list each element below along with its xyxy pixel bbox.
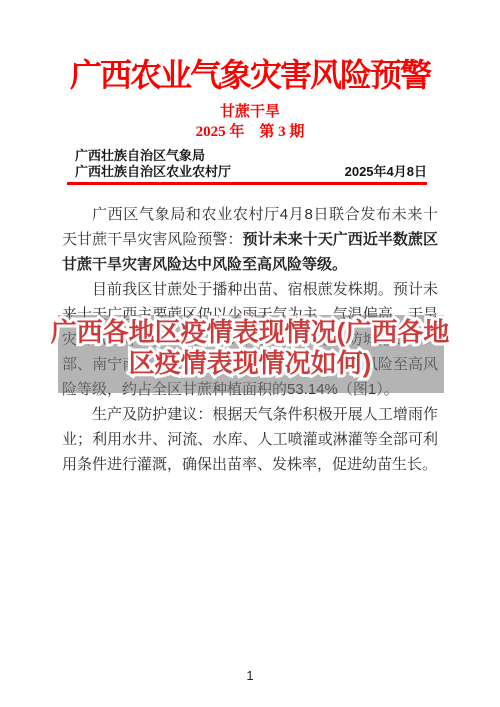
paragraph-1: 广西区气象局和农业农村厅4月8日联合发布未来十天甘蔗干旱灾害风险预警：预计未来十… xyxy=(62,202,438,277)
document-subtitle: 甘蔗干旱 xyxy=(0,104,500,121)
issue-number: 2025 年 第 3 期 xyxy=(0,124,500,141)
watermark-text: 广西各地区疫情表现情况(广西各地区疫情表现情况如何) xyxy=(40,317,460,379)
issue-date: 2025年4月8日 xyxy=(345,164,427,180)
org-name-agriculture-department: 广西壮族自治区农业农村厅 xyxy=(75,164,231,180)
issuing-orgs: 广西壮族自治区气象局 广西壮族自治区农业农村厅 2025年4月8日 xyxy=(75,148,427,179)
red-divider xyxy=(67,182,427,185)
page-number: 1 xyxy=(0,668,500,683)
document-page: 广西农业气象灾害风险预警 甘蔗干旱 2025 年 第 3 期 广西壮族自治区气象… xyxy=(0,0,500,707)
watermark: 广西各地区疫情表现情况(广西各地区疫情表现情况如何) 广西各地区疫情表现情况(广… xyxy=(40,317,460,383)
paragraph-3: 生产及防护建议：根据天气条件积极开展人工增雨作业；利用水井、河流、水库、人工喷灌… xyxy=(62,402,438,477)
org-name-meteorological-bureau: 广西壮族自治区气象局 xyxy=(75,148,427,164)
page-title: 广西农业气象灾害风险预警 xyxy=(0,55,500,95)
